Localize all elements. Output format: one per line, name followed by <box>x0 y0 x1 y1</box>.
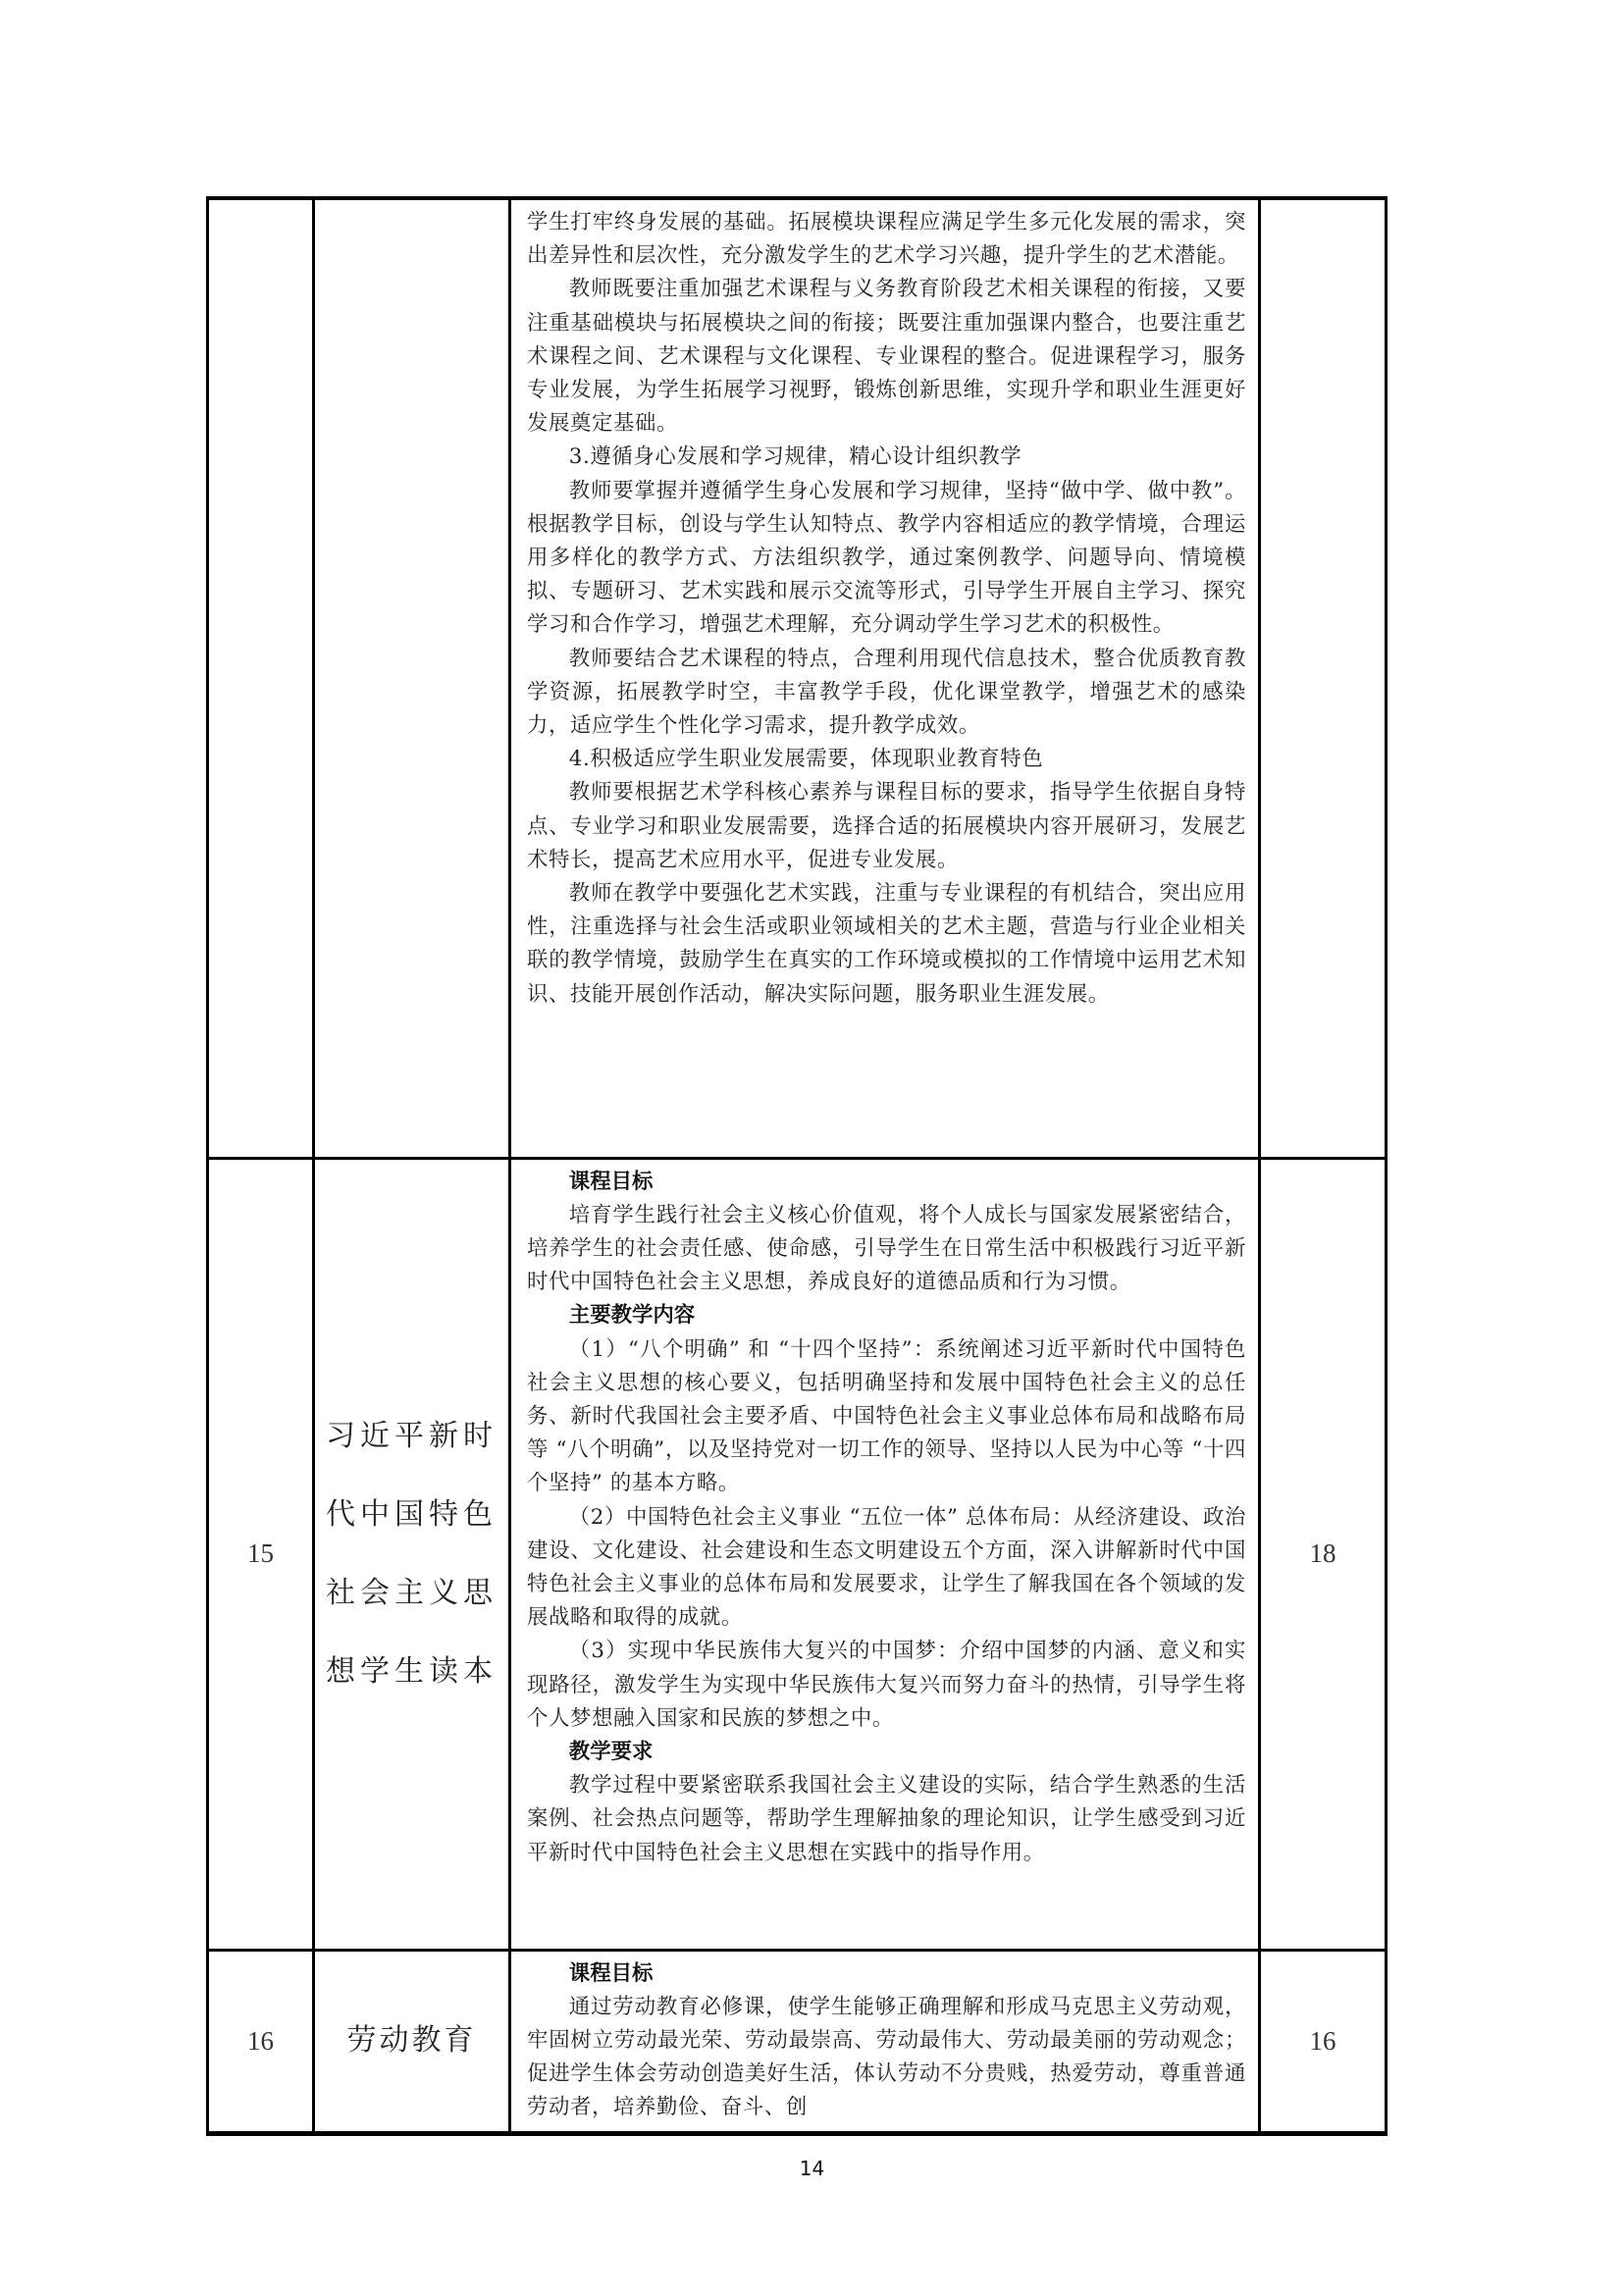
content-paragraph: 教学过程中要紧密联系我国社会主义建设的实际，结合学生熟悉的生活案例、社会热点问题… <box>527 1769 1246 1870</box>
content-paragraph: （2）中国特色社会主义事业 “五位一体” 总体布局：从经济建设、政治建设、文化建… <box>527 1501 1246 1636</box>
table-row-course-15: 15 习近平新时代中国特色社会主义思想学生读本 课程目标培育学生践行社会主义核心… <box>208 1158 1387 1950</box>
section-heading: 课程目标 <box>527 1957 1246 1991</box>
table-row-continued: 学生打牢终身发展的基础。拓展模块课程应满足学生多元化发展的需求，突出差异性和层次… <box>208 198 1387 1158</box>
section-heading: 主要教学内容 <box>527 1299 1246 1332</box>
course-number-cell: 16 <box>208 1950 314 2133</box>
course-name-cell: 劳动教育 <box>314 1950 510 2133</box>
content-paragraph: （3）实现中华民族伟大复兴的中国梦：介绍中国梦的内涵、意义和实现路径，激发学生为… <box>527 1635 1246 1736</box>
table-row-course-16: 16 劳动教育 课程目标通过劳动教育必修课，使学生能够正确理解和形成马克思主义劳… <box>208 1950 1387 2133</box>
course-table: 学生打牢终身发展的基础。拓展模块课程应满足学生多元化发展的需求，突出差异性和层次… <box>206 196 1388 2136</box>
content-paragraph: 教师要结合艺术课程的特点，合理利用现代信息技术，整合优质教育教学资源，拓展教学时… <box>527 643 1246 744</box>
content-paragraph: 通过劳动教育必修课，使学生能够正确理解和形成马克思主义劳动观，牢固树立劳动最光荣… <box>527 1991 1246 2125</box>
section-heading: 教学要求 <box>527 1736 1246 1769</box>
content-paragraph: 3.遵循身心发展和学习规律，精心设计组织教学 <box>527 441 1246 474</box>
content-paragraph: 教师在教学中要强化艺术实践，注重与专业课程的有机结合，突出应用性，注重选择与社会… <box>527 877 1246 1012</box>
content-paragraph: 培育学生践行社会主义核心价值观，将个人成长与国家发展紧密结合，培养学生的社会责任… <box>527 1199 1246 1300</box>
document-page: 学生打牢终身发展的基础。拓展模块课程应满足学生多元化发展的需求，突出差异性和层次… <box>0 0 1624 2295</box>
course-content-cell: 学生打牢终身发展的基础。拓展模块课程应满足学生多元化发展的需求，突出差异性和层次… <box>510 198 1260 1158</box>
course-name-cell <box>314 198 510 1158</box>
content-paragraph: 学生打牢终身发展的基础。拓展模块课程应满足学生多元化发展的需求，突出差异性和层次… <box>527 206 1246 273</box>
page-number: 14 <box>0 2157 1624 2180</box>
course-content-cell: 课程目标通过劳动教育必修课，使学生能够正确理解和形成马克思主义劳动观，牢固树立劳… <box>510 1950 1260 2133</box>
course-name-line: 习近平新时 <box>315 1397 508 1476</box>
course-name-cell: 习近平新时代中国特色社会主义思想学生读本 <box>314 1158 510 1950</box>
course-name-line: 代中国特色 <box>315 1476 508 1554</box>
course-content-cell: 课程目标培育学生践行社会主义核心价值观，将个人成长与国家发展紧密结合，培养学生的… <box>510 1158 1260 1950</box>
content-paragraph: （1）“八个明确” 和 “十四个坚持”：系统阐述习近平新时代中国特色社会主义思想… <box>527 1333 1246 1501</box>
content-paragraph: 教师要根据艺术学科核心素养与课程目标的要求，指导学生依据自身特点、专业学习和职业… <box>527 776 1246 877</box>
course-hours-cell: 16 <box>1260 1950 1387 2133</box>
course-number-cell: 15 <box>208 1158 314 1950</box>
course-name-line: 劳动教育 <box>315 2021 508 2060</box>
course-name-line: 想学生读本 <box>315 1633 508 1711</box>
content-paragraph: 4.积极适应学生职业发展需要，体现职业教育特色 <box>527 743 1246 776</box>
course-hours-cell: 18 <box>1260 1158 1387 1950</box>
course-name-line: 社会主义思 <box>315 1554 508 1633</box>
content-paragraph: 教师既要注重加强艺术课程与义务教育阶段艺术相关课程的衔接，又要注重基础模块与拓展… <box>527 273 1246 441</box>
section-heading: 课程目标 <box>527 1166 1246 1199</box>
course-hours-cell <box>1260 198 1387 1158</box>
content-paragraph: 教师要掌握并遵循学生身心发展和学习规律，坚持“做中学、做中教”。根据教学目标，创… <box>527 475 1246 643</box>
course-number-cell <box>208 198 314 1158</box>
